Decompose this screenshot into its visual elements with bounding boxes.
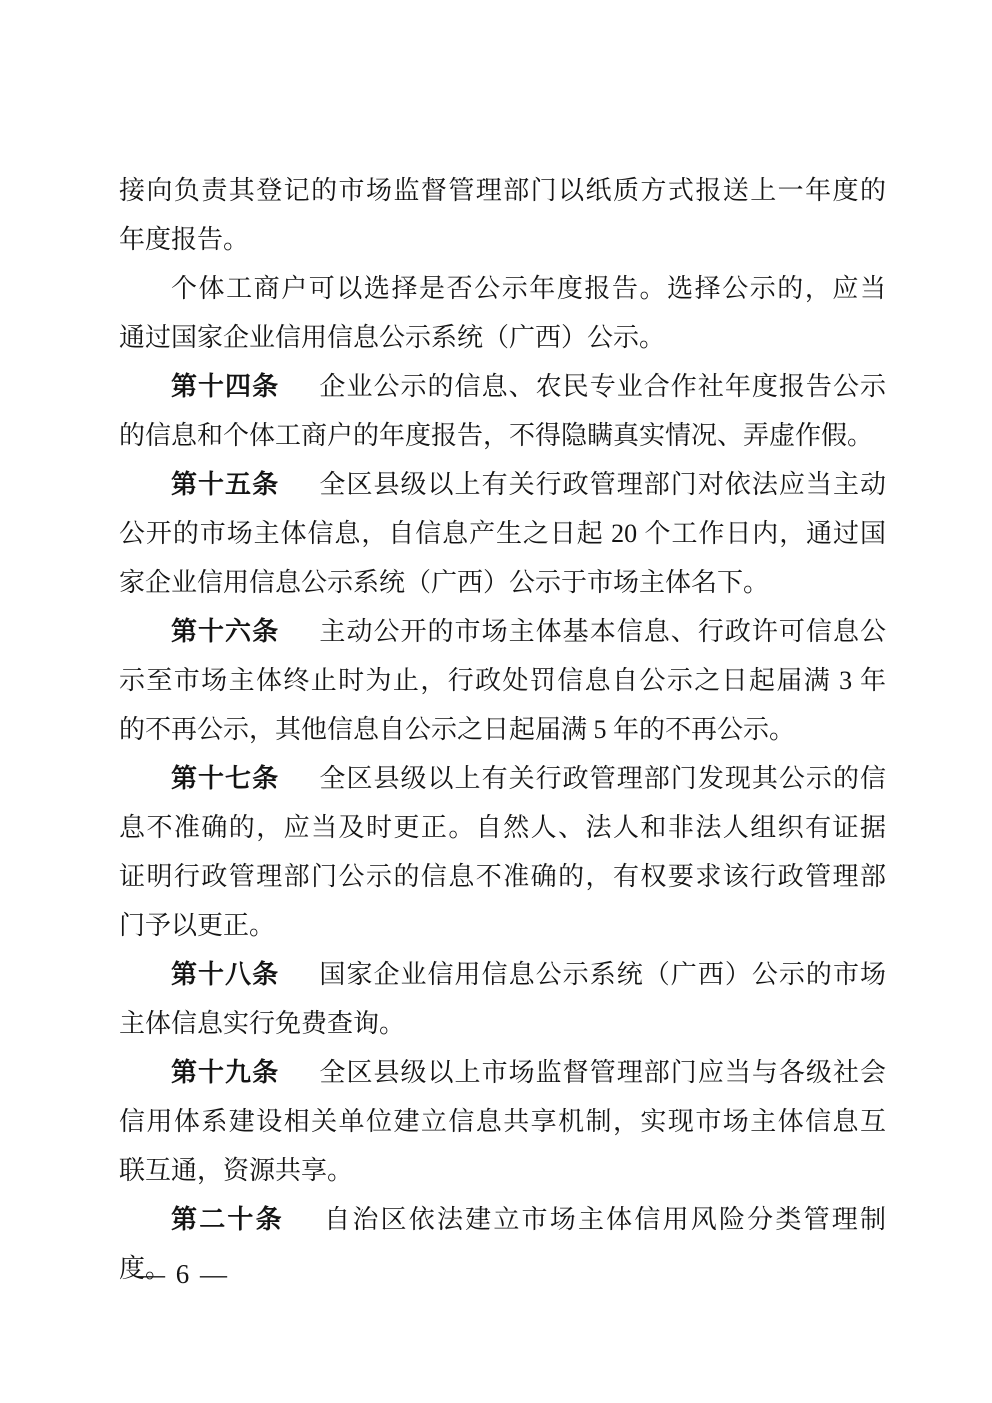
article-text: 主动公开的市场主体基本信息、行政许可信息公: [319, 617, 886, 646]
article-number: 第十七条: [171, 763, 319, 793]
paragraph-article-15: 第十五条全区县级以上有关行政管理部门对依法应当主动 公开的市场主体信息，自信息产…: [119, 460, 886, 607]
paragraph-article-19: 第十九条全区县级以上市场监督管理部门应当与各级社会 信用体系建设相关单位建立信息…: [119, 1048, 886, 1195]
document-body: 接向负责其登记的市场监督管理部门以纸质方式报送上一年度的 年度报告。 个体工商户…: [119, 166, 886, 1293]
paragraph-continuation: 接向负责其登记的市场监督管理部门以纸质方式报送上一年度的 年度报告。: [119, 166, 886, 264]
article-text: 全区县级以上市场监督管理部门应当与各级社会: [319, 1058, 886, 1087]
article-text: 全区县级以上有关行政管理部门对依法应当主动: [319, 470, 886, 499]
text-line: 第十五条全区县级以上有关行政管理部门对依法应当主动: [119, 460, 886, 509]
text-line: 公开的市场主体信息，自信息产生之日起 20 个工作日内，通过国: [119, 509, 886, 558]
paragraph-article-18: 第十八条国家企业信用信息公示系统（广西）公示的市场 主体信息实行免费查询。: [119, 950, 886, 1048]
text-line: 门予以更正。: [119, 901, 886, 950]
text-line: 第十九条全区县级以上市场监督管理部门应当与各级社会: [119, 1048, 886, 1097]
paragraph-article-14: 第十四条企业公示的信息、农民专业合作社年度报告公示 的信息和个体工商户的年度报告…: [119, 362, 886, 460]
text-line: 联互通，资源共享。: [119, 1146, 886, 1195]
text-line: 接向负责其登记的市场监督管理部门以纸质方式报送上一年度的: [119, 166, 886, 215]
article-text: 企业公示的信息、农民专业合作社年度报告公示: [319, 372, 886, 401]
text-line: 个体工商户可以选择是否公示年度报告。选择公示的，应当: [119, 264, 886, 313]
text-line: 第十六条主动公开的市场主体基本信息、行政许可信息公: [119, 607, 886, 656]
text-line: 第二十条自治区依法建立市场主体信用风险分类管理制度。: [119, 1195, 886, 1293]
text-line: 证明行政管理部门公示的信息不准确的，有权要求该行政管理部: [119, 852, 886, 901]
text-line: 第十八条国家企业信用信息公示系统（广西）公示的市场: [119, 950, 886, 999]
article-number: 第十四条: [171, 371, 319, 401]
text-line: 第十四条企业公示的信息、农民专业合作社年度报告公示: [119, 362, 886, 411]
paragraph-article-16: 第十六条主动公开的市场主体基本信息、行政许可信息公 示至市场主体终止时为止，行政…: [119, 607, 886, 754]
text-line: 的信息和个体工商户的年度报告，不得隐瞒真实情况、弄虚作假。: [119, 411, 886, 460]
page-number: — 6 —: [138, 1259, 229, 1289]
text-line: 主体信息实行免费查询。: [119, 999, 886, 1048]
text-line: 家企业信用信息公示系统（广西）公示于市场主体名下。: [119, 558, 886, 607]
paragraph-article-17: 第十七条全区县级以上有关行政管理部门发现其公示的信 息不准确的，应当及时更正。自…: [119, 754, 886, 950]
paragraph: 个体工商户可以选择是否公示年度报告。选择公示的，应当 通过国家企业信用信息公示系…: [119, 264, 886, 362]
text-line: 息不准确的，应当及时更正。自然人、法人和非法人组织有证据: [119, 803, 886, 852]
text-line: 信用体系建设相关单位建立信息共享机制，实现市场主体信息互: [119, 1097, 886, 1146]
article-number: 第十六条: [171, 616, 319, 646]
text-line: 第十七条全区县级以上有关行政管理部门发现其公示的信: [119, 754, 886, 803]
article-text: 国家企业信用信息公示系统（广西）公示的市场: [319, 960, 886, 989]
text-line: 的不再公示，其他信息自公示之日起届满 5 年的不再公示。: [119, 705, 886, 754]
article-number: 第十九条: [171, 1057, 319, 1087]
text-line: 示至市场主体终止时为止，行政处罚信息自公示之日起届满 3 年: [119, 656, 886, 705]
text-line: 年度报告。: [119, 215, 886, 264]
article-text: 全区县级以上有关行政管理部门发现其公示的信: [319, 764, 886, 793]
article-number: 第二十条: [171, 1204, 324, 1234]
document-page: 接向负责其登记的市场监督管理部门以纸质方式报送上一年度的 年度报告。 个体工商户…: [0, 0, 992, 1403]
paragraph-article-20: 第二十条自治区依法建立市场主体信用风险分类管理制度。: [119, 1195, 886, 1293]
article-number: 第十五条: [171, 469, 319, 499]
article-number: 第十八条: [171, 959, 319, 989]
text-line: 通过国家企业信用信息公示系统（广西）公示。: [119, 313, 886, 362]
